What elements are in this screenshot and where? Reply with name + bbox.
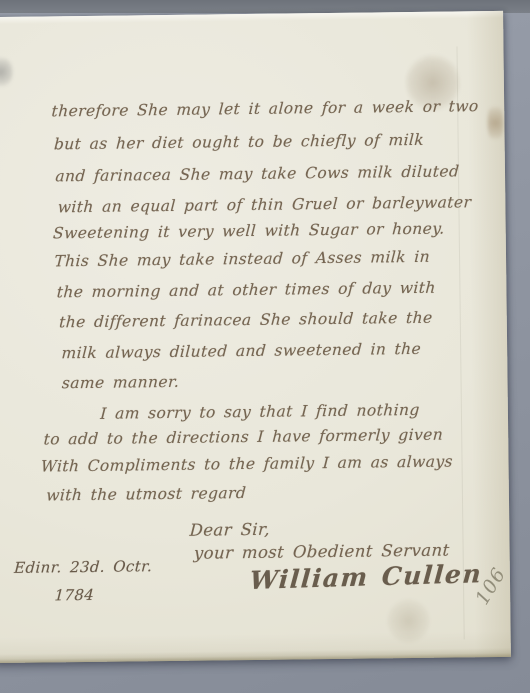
- closing-valediction: your most Obedient Servant: [193, 541, 450, 563]
- manuscript-line: milk always diluted and sweetened in the: [61, 340, 422, 362]
- signature-william-cullen: William Cullen: [249, 559, 484, 595]
- manuscript-line: with an equal part of thin Gruel or barl…: [57, 193, 472, 216]
- dateline-place: Edinr. 23d. Octr.: [14, 557, 153, 577]
- stain-right-edge: [487, 101, 504, 145]
- closing-salutation: Dear Sir,: [189, 520, 271, 540]
- manuscript-line: the morning and at other times of day wi…: [56, 279, 436, 302]
- smudge-left-edge: [0, 55, 13, 89]
- manuscript-line: therefore She may let it alone for a wee…: [51, 97, 479, 120]
- scanned-letter-image: therefore She may let it alone for a wee…: [0, 0, 530, 693]
- dateline-year: 1784: [54, 586, 95, 605]
- manuscript-line: same manner.: [61, 373, 180, 392]
- manuscript-line: to add to the directions I have formerly…: [43, 426, 444, 449]
- paper-crease: [456, 46, 464, 639]
- manuscript-line: but as her diet ought to be chiefly of m…: [53, 131, 424, 154]
- manuscript-line: with the utmost regard: [46, 484, 247, 504]
- manuscript-line: With Compliments to the family I am as a…: [40, 453, 453, 476]
- manuscript-line: Sweetening it very well with Sugar or ho…: [53, 220, 446, 243]
- ink-stain-bottom: [386, 598, 431, 645]
- letter-page: therefore She may let it alone for a wee…: [0, 11, 511, 663]
- manuscript-line: and farinacea She may take Cows milk dil…: [55, 162, 460, 185]
- manuscript-line: This She may take instead of Asses milk …: [54, 248, 431, 271]
- manuscript-line: I am sorry to say that I find nothing: [100, 401, 420, 423]
- manuscript-line: the different farinacea She should take …: [59, 309, 433, 332]
